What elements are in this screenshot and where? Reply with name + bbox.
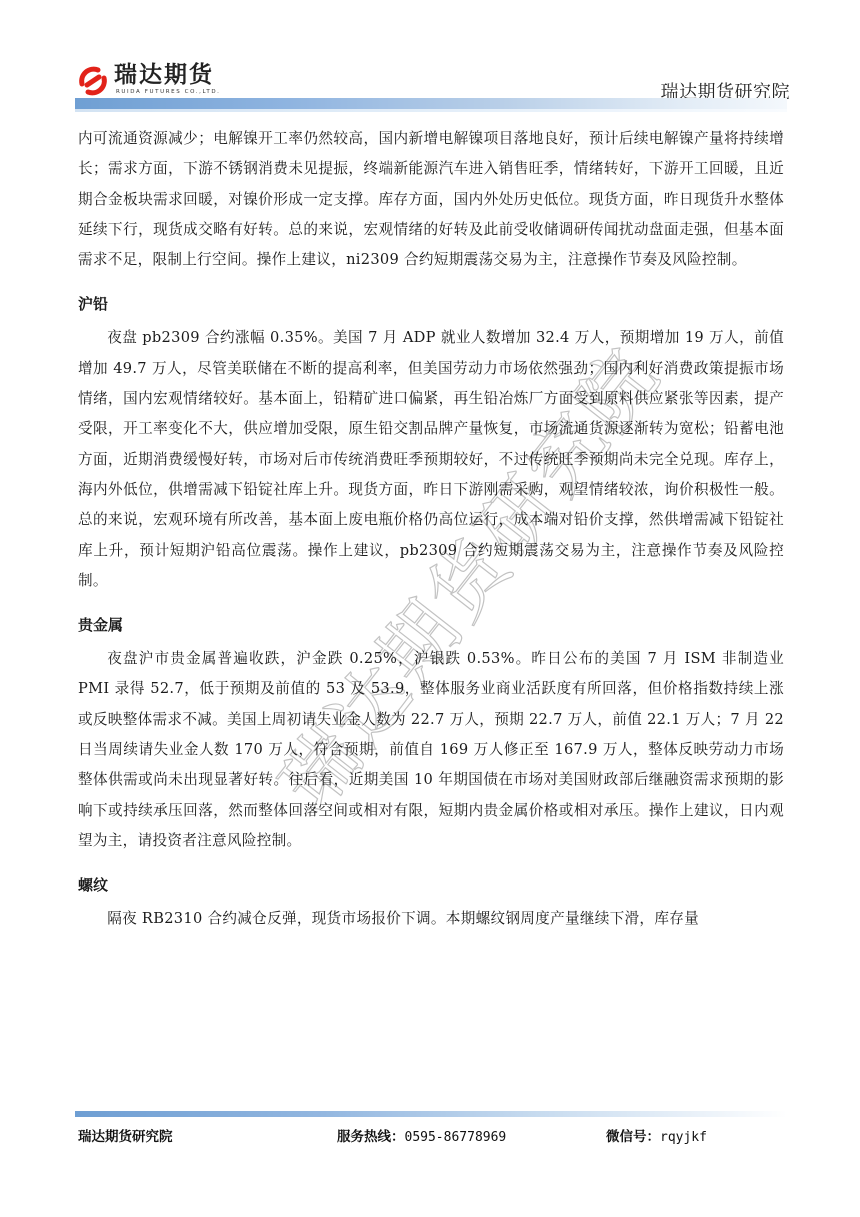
hotline-number: 0595-86778969 — [405, 1130, 507, 1145]
logo-english-name: RUIDA FUTURES CO.,LTD. — [116, 88, 221, 96]
footer-org-name: 瑞达期货研究院 — [78, 1125, 173, 1145]
header-divider-bar — [75, 98, 787, 109]
report-content: 内可流通资源减少；电解镍开工率仍然较高，国内新增电解镍项目落地良好，预计后续电解… — [78, 124, 784, 935]
section-paragraph-lead: 夜盘 pb2309 合约涨幅 0.35%。美国 7 月 ADP 就业人数增加 3… — [78, 323, 784, 596]
hotline-label: 服务热线： — [337, 1129, 405, 1145]
ruida-logo-icon — [76, 64, 110, 98]
logo-chinese-name: 瑞达期货 — [114, 62, 221, 88]
section-title-precious-metals: 贵金属 — [78, 610, 784, 640]
footer-wechat: 微信号：rqyjkf — [606, 1125, 707, 1145]
section-paragraph-precious-metals: 夜盘沪市贵金属普遍收跌，沪金跌 0.25%，沪银跌 0.53%。昨日公布的美国 … — [78, 644, 784, 856]
section-paragraph-rebar: 隔夜 RB2310 合约减仓反弹，现货市场报价下调。本期螺纹钢周度产量继续下滑，… — [78, 904, 784, 934]
wechat-label: 微信号： — [606, 1129, 660, 1145]
section-title-lead: 沪铅 — [78, 289, 784, 319]
header-divider-line — [75, 109, 787, 112]
footer-hotline: 服务热线：0595-86778969 — [337, 1125, 506, 1145]
page-footer: 瑞达期货研究院 服务热线：0595-86778969 微信号：rqyjkf — [78, 1125, 788, 1147]
document-page: 瑞达期货 RUIDA FUTURES CO.,LTD. 瑞达期货研究院 瑞达期货… — [0, 0, 860, 1217]
company-logo: 瑞达期货 RUIDA FUTURES CO.,LTD. — [76, 62, 221, 102]
section-title-rebar: 螺纹 — [78, 870, 784, 900]
wechat-id: rqyjkf — [660, 1130, 707, 1145]
nickel-continuation-paragraph: 内可流通资源减少；电解镍开工率仍然较高，国内新增电解镍项目落地良好，预计后续电解… — [78, 124, 784, 275]
footer-divider-bar — [75, 1111, 787, 1117]
